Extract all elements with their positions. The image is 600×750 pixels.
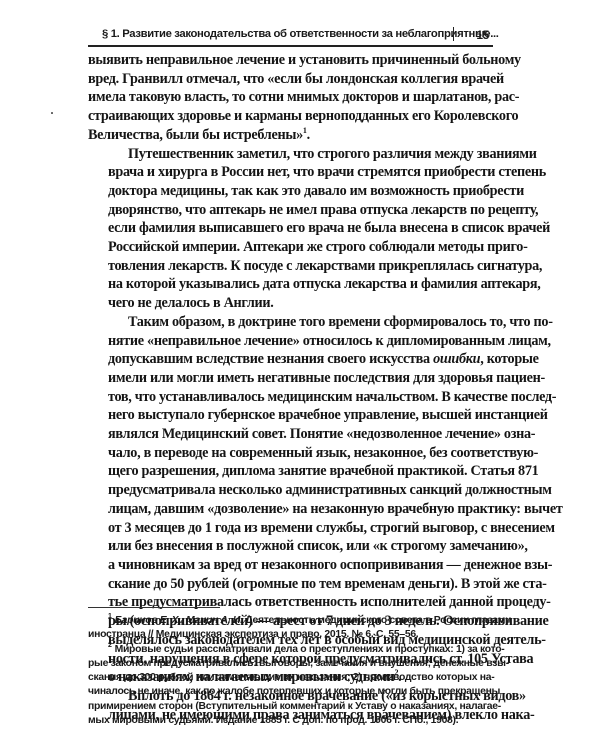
- running-head-separator: [453, 27, 454, 41]
- text-line: щего разрешения, диплома занятие врачебн…: [88, 462, 493, 481]
- running-head-title: § 1. Развитие законодательства об ответс…: [102, 28, 499, 40]
- text-line: врача и хирурга в России нет, что врачи …: [88, 163, 493, 182]
- text-span: Величества, были бы истреблены»: [88, 127, 303, 143]
- text-line: иностранца // Медицинская экспертиза и п…: [88, 628, 493, 642]
- header-rule: [88, 45, 493, 47]
- italic-emphasis: ошибки: [433, 351, 480, 367]
- text-line: 1Баринов Е. Х., Манин А. И. Деятельность…: [88, 614, 493, 628]
- footnote-number: 2: [108, 642, 112, 649]
- footnote-authors: Баринов Е. Х., Манин А. И.: [115, 615, 243, 626]
- text-line: мых мировыми судьями. Издание 1885 г. С …: [88, 714, 493, 728]
- text-line: тье предусматривалась ответственность ис…: [88, 593, 493, 612]
- text-line: выявить неправильное лечение и установит…: [88, 51, 493, 70]
- text-line: доктора медицины, так как это давало им …: [88, 182, 493, 201]
- text-line: нятие «неправильное лечение» относилось …: [88, 332, 493, 351]
- text-line: от 3 месяцев до 1 года из времени службы…: [88, 519, 493, 538]
- running-head: § 1. Развитие законодательства об ответс…: [88, 28, 493, 44]
- text-line: предусматривала несколько административн…: [88, 481, 493, 500]
- text-line: чиналось не иначе, как по жалобе потерпе…: [88, 685, 493, 699]
- text-span: Деятельность медицинского совета в Росси…: [243, 615, 511, 626]
- text-span: допускавшим вследствие незнания своего и…: [108, 351, 433, 367]
- text-line: страивающих здоровье и карманы верноподд…: [88, 107, 493, 126]
- text-line: если фамилия выписавшего его врача не бы…: [88, 219, 493, 238]
- text-line: а чиновникам за вред от незаконного оспо…: [88, 556, 493, 575]
- footnote-1: 1Баринов Е. Х., Манин А. И. Деятельность…: [88, 614, 493, 643]
- text-line: вред. Гранвилл отмечал, что «если бы лон…: [88, 70, 493, 89]
- text-line: имели или могли иметь негативные последс…: [88, 369, 493, 388]
- footnote-rule: [88, 607, 220, 608]
- paragraph-2: Путешественник заметил, что строгого раз…: [88, 145, 493, 313]
- text-line: Путешественник заметил, что строгого раз…: [88, 145, 493, 164]
- text-line: него выступало губернское врачебное упра…: [88, 406, 493, 425]
- text-line: Величества, были бы истреблены»1.: [88, 126, 493, 145]
- text-line: лицам, давшим «дозволение» на незаконную…: [88, 500, 493, 519]
- text-line: являлся Медицинский совет. Понятие «недо…: [88, 425, 493, 444]
- footnotes: 1Баринов Е. Х., Манин А. И. Деятельность…: [88, 614, 493, 728]
- text-span: , которые: [480, 351, 538, 367]
- text-line: Российской империи. Аптекари же строго с…: [88, 238, 493, 257]
- text-line: дворянство, что аптекарь не имел права о…: [88, 201, 493, 220]
- text-line: допускавшим вследствие незнания своего и…: [88, 350, 493, 369]
- text-line: чало, в переводе на современный язык, не…: [88, 444, 493, 463]
- text-line: скания до 300 рублей или заменяющие их н…: [88, 671, 493, 685]
- text-line: товления лекарств. К посуде с лекарствам…: [88, 257, 493, 276]
- text-span: Мировые судьи рассматривали дела о прест…: [115, 644, 505, 655]
- text-line: Таким образом, в доктрине того времени с…: [88, 313, 493, 332]
- text-line: на которой указывались дата отпуска лека…: [88, 275, 493, 294]
- page-number: 15: [476, 28, 489, 42]
- text-span: .: [307, 127, 310, 143]
- text-line: примирением сторон (Вступительный коммен…: [88, 700, 493, 714]
- text-line: рые законом предусматривались: выговоры,…: [88, 657, 493, 671]
- paragraph-1: выявить неправильное лечение и установит…: [88, 51, 493, 145]
- text-line: или без внесения в послужной список, или…: [88, 537, 493, 556]
- text-line: имела таковую власть, то сотни мнимых до…: [88, 88, 493, 107]
- footnote-2: 2Мировые судьи рассматривали дела о прес…: [88, 643, 493, 729]
- text-line: скание до 50 рублей (огромные по тем вре…: [88, 575, 493, 594]
- text-line: тов, что устанавливалось медицинским нач…: [88, 388, 493, 407]
- footnote-number: 1: [108, 613, 112, 620]
- scan-artifact-dot: [51, 112, 53, 114]
- text-line: 2Мировые судьи рассматривали дела о прес…: [88, 643, 493, 657]
- text-line: чего не делалось в Англии.: [88, 294, 493, 313]
